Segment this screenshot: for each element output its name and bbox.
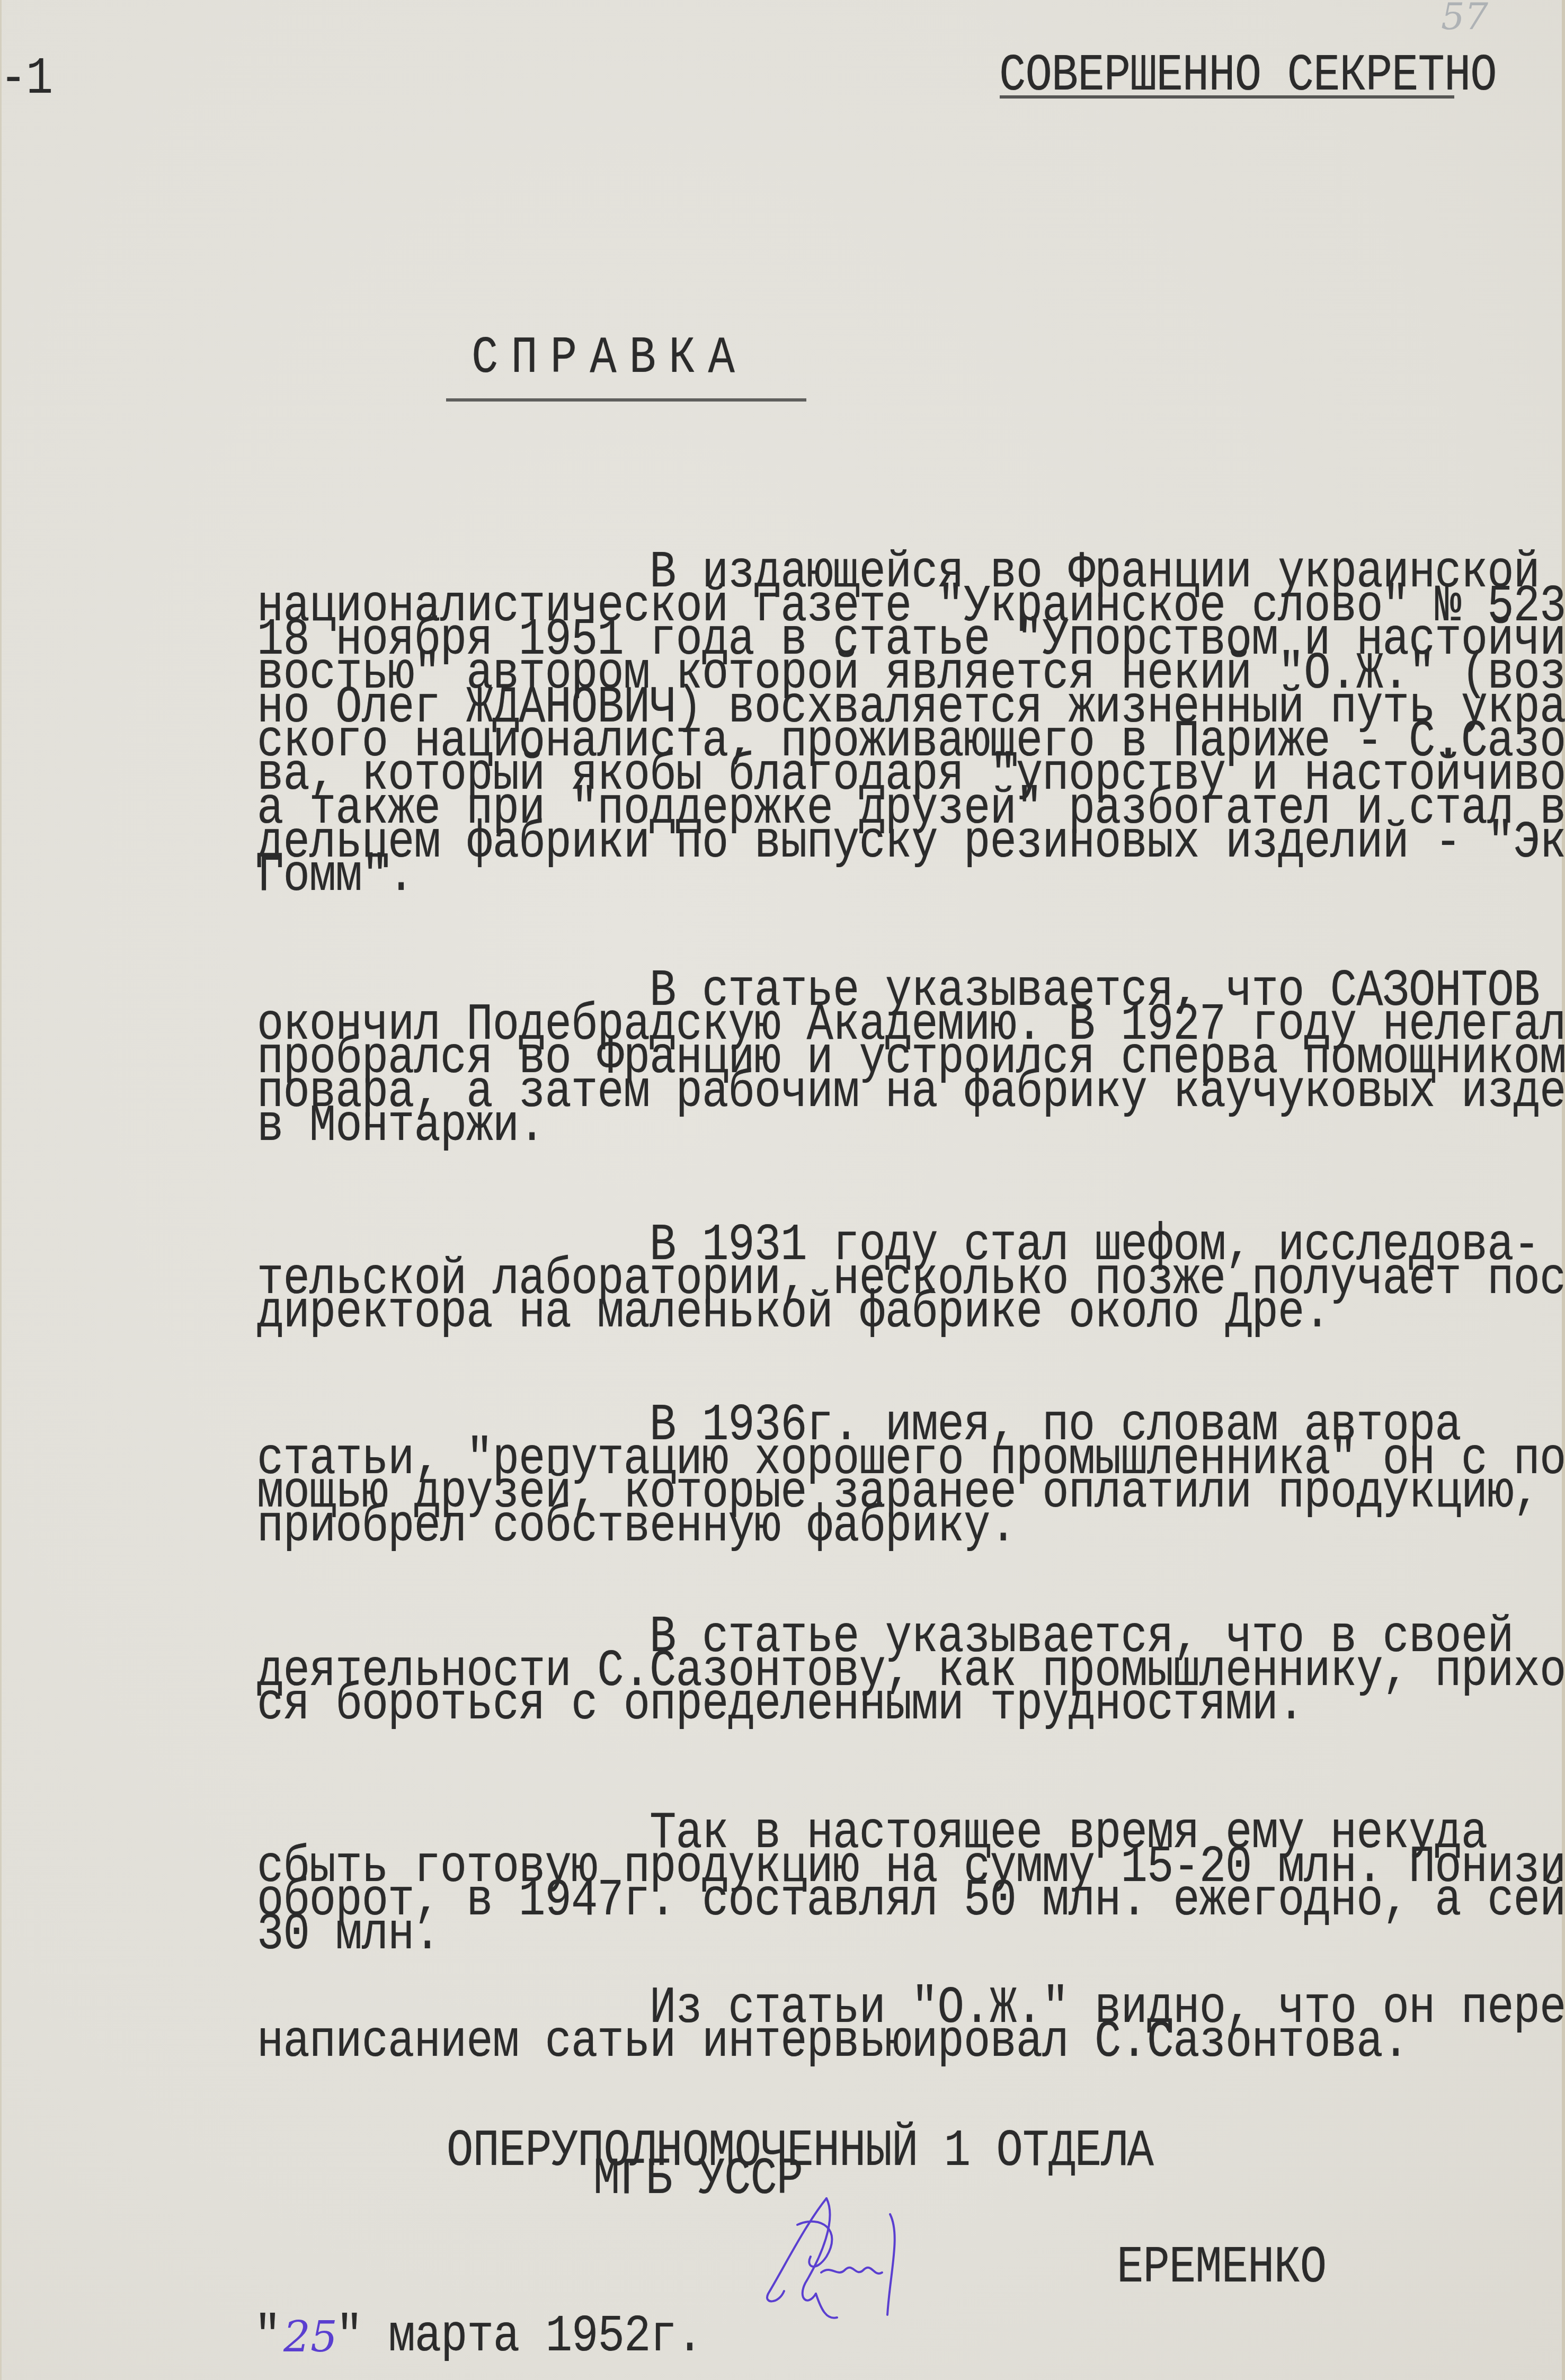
- date-rest: " марта 1952г.: [336, 2307, 703, 2366]
- signer-name: ЕРЕМЕНКО: [1117, 2251, 1326, 2285]
- signature-icon: [747, 2193, 948, 2320]
- signer-position-line2: МГБ УССР: [593, 2163, 803, 2197]
- paragraph-line: приобрел собственную фабрику.: [257, 1510, 1016, 1544]
- paragraph-line: дельцем фабрики по выпуску резиновых изд…: [257, 826, 1565, 860]
- document-page: 57 -1 СОВЕРШЕННО СЕКРЕТНО СПРАВКА В изда…: [0, 0, 1565, 2380]
- document-title: СПРАВКА: [472, 342, 748, 376]
- paragraph-line: 30 млн.: [257, 1918, 440, 1952]
- paragraph-line: оборот, в 1947г. составлял 50 млн. ежего…: [257, 1884, 1565, 1918]
- page-marker: -1: [0, 63, 52, 96]
- paragraph-line: в Монтаржи.: [257, 1110, 545, 1144]
- classification-stamp: СОВЕРШЕННО СЕКРЕТНО: [999, 59, 1497, 93]
- date-day-handwritten: 25: [283, 2312, 337, 2361]
- title-underline: [446, 398, 806, 402]
- paragraph-line: директора на маленькой фабрике около Дре…: [257, 1296, 1330, 1330]
- page-edge-left: [0, 0, 2, 2380]
- paragraph-line: ся бороться с определенными трудностями.: [257, 1688, 1304, 1722]
- paragraph-line: Гомм".: [257, 860, 414, 894]
- classification-underline: [1000, 95, 1454, 99]
- paragraph-line: написанием сатьи интервьюировал С.Сазонт…: [257, 2026, 1409, 2060]
- date-open-quote: ": [254, 2307, 280, 2366]
- archive-page-number: 57: [1441, 0, 1488, 38]
